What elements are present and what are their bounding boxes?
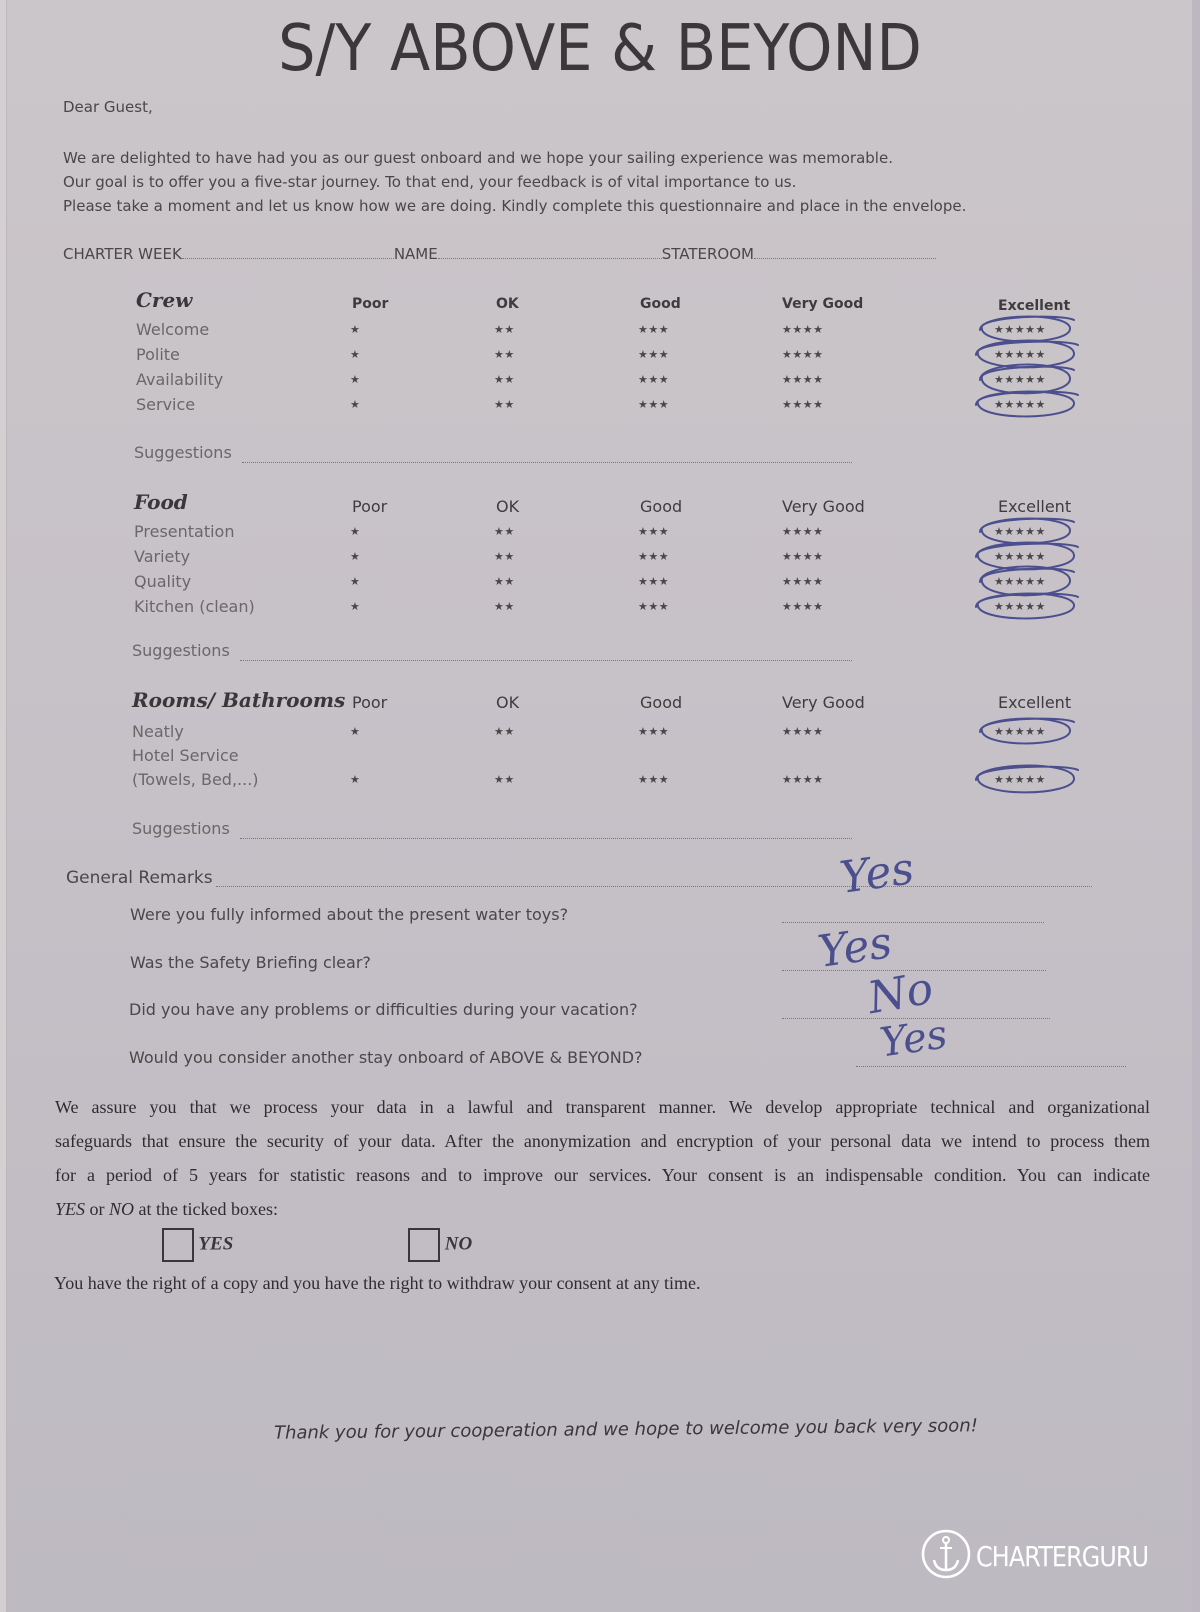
question-text: Was the Safety Briefing clear? [130, 953, 371, 972]
rating-option-2[interactable]: ★★ [494, 550, 515, 563]
rating-option-1[interactable]: ★ [350, 398, 360, 411]
stateroom-label: STATEROOM [662, 245, 754, 263]
consent-line: We assure you that we process your data … [55, 1090, 1150, 1124]
column-header-poor: Poor [352, 497, 387, 516]
consent-line: for a period of 5 years for statistic re… [55, 1158, 1150, 1192]
no-label: NO [445, 1233, 472, 1254]
question-text: Did you have any problems or difficultie… [129, 1000, 638, 1019]
intro-line: Our goal is to offer you a five-star jou… [63, 170, 966, 194]
column-header-ok: OK [496, 497, 519, 516]
rating-option-1[interactable]: ★ [350, 348, 360, 361]
watermark-logo: CHARTERGURU [920, 1528, 1179, 1584]
general-remarks-field[interactable] [216, 872, 1092, 887]
charter-week-field[interactable] [182, 244, 394, 259]
rating-option-3[interactable]: ★★★ [638, 373, 669, 386]
question-text: Would you consider another stay onboard … [129, 1048, 643, 1067]
yes-label: YES [198, 1233, 233, 1254]
rating-option-4[interactable]: ★★★★ [782, 398, 823, 411]
paper-edge-left [0, 0, 7, 1612]
closing-text: Thank you for your cooperation and we ho… [274, 1415, 978, 1443]
or-word: or [85, 1199, 109, 1219]
rating-option-4[interactable]: ★★★★ [782, 525, 823, 538]
rating-option-4[interactable]: ★★★★ [782, 550, 823, 563]
row-label: Hotel Service [132, 746, 239, 765]
suggestions-label: Suggestions [132, 819, 230, 838]
no-word: NO [109, 1199, 134, 1219]
rating-option-1[interactable]: ★ [350, 323, 360, 336]
rating-option-1[interactable]: ★ [350, 575, 360, 588]
answer-field[interactable] [856, 1052, 1126, 1067]
suggestions-label: Suggestions [134, 443, 232, 462]
no-checkbox[interactable] [408, 1228, 440, 1262]
column-header-very-good: Very Good [782, 497, 865, 516]
rating-option-4[interactable]: ★★★★ [782, 348, 823, 361]
greeting: Dear Guest, [63, 98, 153, 116]
row-label: Neatly [132, 722, 184, 741]
rating-option-3[interactable]: ★★★ [638, 348, 669, 361]
column-header-good: Good [640, 497, 682, 516]
rating-option-3[interactable]: ★★★ [638, 773, 669, 786]
selection-circle [964, 583, 1084, 629]
rating-option-4[interactable]: ★★★★ [782, 725, 823, 738]
rating-option-2[interactable]: ★★ [494, 725, 515, 738]
rating-option-1[interactable]: ★ [350, 373, 360, 386]
name-field[interactable] [438, 244, 662, 259]
selection-circle [964, 381, 1084, 427]
row-label: Welcome [136, 320, 209, 339]
rating-option-3[interactable]: ★★★ [638, 323, 669, 336]
suggestions-field[interactable] [240, 824, 852, 839]
column-header-good: Good [640, 296, 681, 312]
stateroom-field[interactable] [754, 244, 936, 259]
intro-line: We are delighted to have had you as our … [63, 146, 966, 170]
charter-week-label: CHARTER WEEK [63, 245, 182, 263]
intro-paragraph: We are delighted to have had you as our … [63, 146, 966, 218]
consent-line: YES or NO at the ticked boxes: [55, 1192, 1150, 1226]
rating-option-2[interactable]: ★★ [494, 373, 515, 386]
yes-checkbox[interactable] [162, 1228, 194, 1262]
row-label: Quality [134, 572, 191, 591]
selection-circle [964, 756, 1084, 802]
rating-option-4[interactable]: ★★★★ [782, 373, 823, 386]
answer-field[interactable] [782, 1004, 1050, 1019]
row-label: Service [136, 395, 195, 414]
rating-option-3[interactable]: ★★★ [638, 398, 669, 411]
column-header-poor: Poor [352, 296, 388, 312]
anchor-icon [920, 1528, 972, 1584]
intro-line: Please take a moment and let us know how… [63, 194, 966, 218]
rating-option-3[interactable]: ★★★ [638, 725, 669, 738]
general-remarks-label: General Remarks [66, 868, 213, 888]
consent-line: safeguards that ensure the security of y… [55, 1124, 1150, 1158]
rating-option-4[interactable]: ★★★★ [782, 600, 823, 613]
rating-option-2[interactable]: ★★ [494, 398, 515, 411]
watermark-text: CHARTERGURU [976, 1540, 1148, 1573]
rating-option-4[interactable]: ★★★★ [782, 323, 823, 336]
document-title: S/Y ABOVE & BEYOND [48, 12, 1152, 86]
consent-text: We assure you that we process your data … [55, 1090, 1150, 1226]
section-title: Food [134, 490, 188, 514]
answer-field[interactable] [782, 956, 1046, 971]
row-label: Polite [136, 345, 180, 364]
rating-option-1[interactable]: ★ [350, 773, 360, 786]
rating-option-2[interactable]: ★★ [494, 323, 515, 336]
row-label-line2: (Towels, Bed,...) [132, 770, 259, 789]
yes-word: YES [55, 1199, 85, 1219]
rating-option-2[interactable]: ★★ [494, 575, 515, 588]
suggestions-label: Suggestions [132, 641, 230, 660]
rating-option-3[interactable]: ★★★ [638, 600, 669, 613]
rating-option-3[interactable]: ★★★ [638, 525, 669, 538]
column-header-poor: Poor [352, 693, 387, 712]
question-text: Were you fully informed about the presen… [130, 905, 568, 924]
consent-yes-option[interactable]: YES [162, 1228, 233, 1262]
paper-edge-right [1192, 0, 1200, 1612]
column-header-good: Good [640, 693, 682, 712]
rating-option-1[interactable]: ★ [350, 600, 360, 613]
section-title: Crew [136, 288, 192, 312]
rating-option-2[interactable]: ★★ [494, 773, 515, 786]
name-label: NAME [394, 245, 438, 263]
rating-option-3[interactable]: ★★★ [638, 550, 669, 563]
column-header-very-good: Very Good [782, 693, 865, 712]
rating-option-1[interactable]: ★ [350, 525, 360, 538]
row-label: Variety [134, 547, 190, 566]
rating-option-3[interactable]: ★★★ [638, 575, 669, 588]
column-header-ok: OK [496, 693, 519, 712]
column-header-ok: OK [496, 296, 519, 312]
rating-option-2[interactable]: ★★ [494, 525, 515, 538]
suggestions-field[interactable] [242, 448, 852, 463]
rights-text: You have the right of a copy and you hav… [54, 1266, 701, 1300]
column-header-very-good: Very Good [782, 296, 863, 312]
rating-option-4[interactable]: ★★★★ [782, 773, 823, 786]
section-title: Rooms/ Bathrooms [132, 688, 345, 712]
rating-option-2[interactable]: ★★ [494, 348, 515, 361]
row-label: Presentation [134, 522, 234, 541]
rating-option-1[interactable]: ★ [350, 550, 360, 563]
consent-no-option[interactable]: NO [408, 1228, 472, 1262]
suggestions-field[interactable] [240, 646, 852, 661]
header-fields: CHARTER WEEKNAMESTATEROOM [63, 244, 936, 263]
rating-option-2[interactable]: ★★ [494, 600, 515, 613]
rating-option-1[interactable]: ★ [350, 725, 360, 738]
selection-circle [964, 708, 1084, 754]
answer-field[interactable] [782, 908, 1044, 923]
consent-rest: at the ticked boxes: [134, 1199, 278, 1219]
row-label: Kitchen (clean) [134, 597, 255, 616]
row-label: Availability [136, 370, 223, 389]
rating-option-4[interactable]: ★★★★ [782, 575, 823, 588]
